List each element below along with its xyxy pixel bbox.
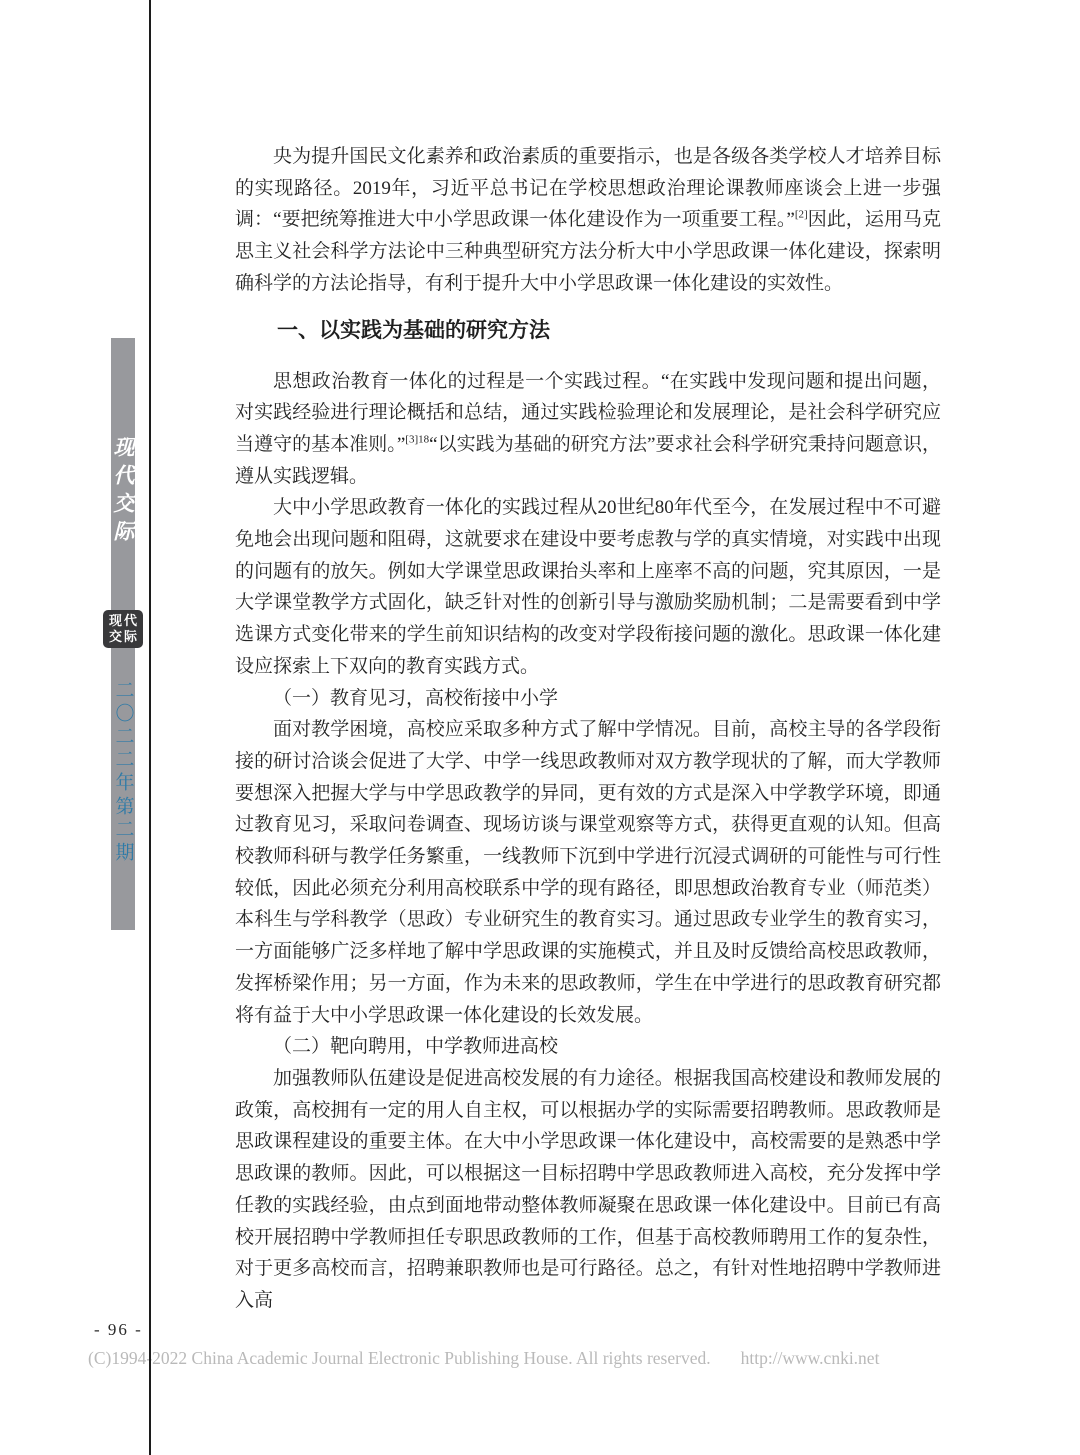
footnote-ref-3: [3]18 <box>405 434 429 446</box>
journal-spine-bar: 现代交际 现代 交际 二〇二二年 第二期 <box>111 338 135 930</box>
cnki-url: http://www.cnki.net <box>741 1348 880 1368</box>
article-body: 央为提升国民文化素养和政治素质的重要指示，也是各级各类学校人才培养目标的实现路径… <box>235 141 941 1317</box>
journal-title-calligraphy: 现代交际 <box>108 436 138 548</box>
page-margin-rule <box>149 0 151 1455</box>
copyright-text: (C)1994-2022 China Academic Journal Elec… <box>88 1348 711 1368</box>
paragraph-intro: 央为提升国民文化素养和政治素质的重要指示，也是各级各类学校人才培养目标的实现路径… <box>235 141 941 300</box>
section-1-heading: 一、以实践为基础的研究方法 <box>235 315 941 347</box>
subsection-2-heading: （二）靶向聘用，中学教师进高校 <box>235 1031 941 1063</box>
journal-seal-icon: 现代 交际 <box>103 610 143 648</box>
paragraph-practice-history: 大中小学思政教育一体化的实践过程从20世纪80年代至今，在发展过程中不可避免地会… <box>235 492 941 682</box>
paragraph-education-internship: 面对教学困境，高校应采取多种方式了解中学情况。目前，高校主导的各学段衔接的研讨洽… <box>235 714 941 1031</box>
subsection-1-heading: （一）教育见习，高校衔接中小学 <box>235 683 941 715</box>
paragraph-targeted-hiring: 加强教师队伍建设是促进高校发展的有力途径。根据我国高校建设和教师发展的政策，高校… <box>235 1063 941 1317</box>
issue-year-label: 二〇二二年 <box>110 680 137 795</box>
footnote-ref-2: [2] <box>795 209 808 221</box>
page-number: - 96 - <box>94 1320 143 1340</box>
seal-row-top: 现代 <box>107 613 139 629</box>
copyright-line: (C)1994-2022 China Academic Journal Elec… <box>88 1348 879 1369</box>
issue-number-label: 第二期 <box>110 796 137 865</box>
journal-page: 现代交际 现代 交际 二〇二二年 第二期 央为提升国民文化素养和政治素质的重要指… <box>0 0 1080 1455</box>
seal-row-bottom: 交际 <box>107 629 139 645</box>
paragraph-practice-method: 思想政治教育一体化的过程是一个实践过程。“在实践中发现问题和提出问题，对实践经验… <box>235 366 941 493</box>
